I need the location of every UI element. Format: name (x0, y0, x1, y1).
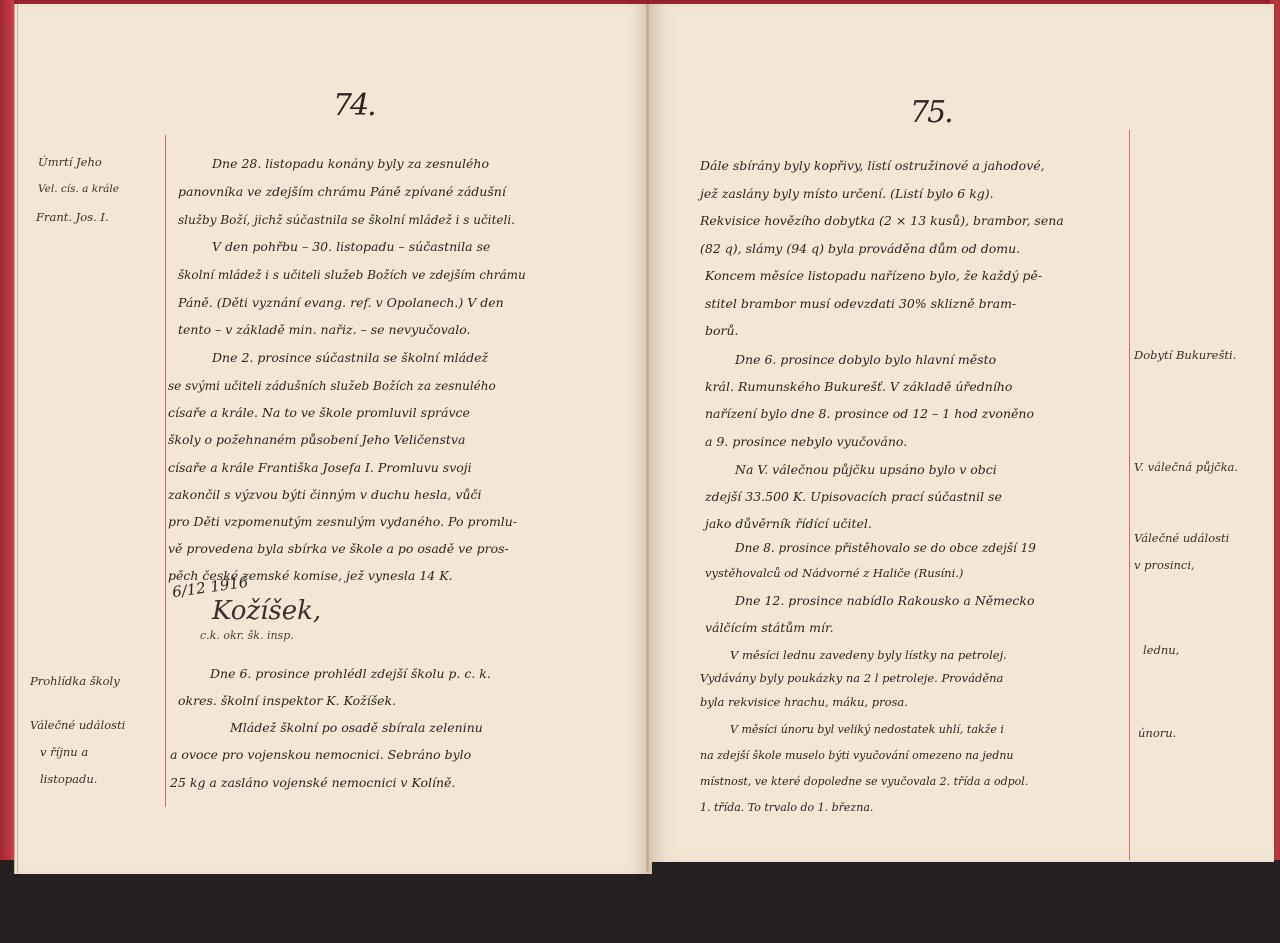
text-line: na zdejší škole muselo býti vyučování om… (700, 750, 1014, 761)
text-line: pro Děti vzpomenutým zesnulým vydaného. … (168, 516, 517, 529)
text-line: Dne 12. prosince nabídlo Rakousko a Něme… (735, 595, 1035, 608)
text-line: císaře a krále. Na to ve škole promluvil… (168, 407, 470, 420)
text-line: místnost, ve které dopoledne se vyučoval… (700, 776, 1028, 787)
text-line: vě provedena byla sbírka ve škole a po o… (168, 543, 509, 556)
text-line: Dne 6. prosince prohlédl zdejší školu p.… (210, 668, 491, 681)
signature-title: c.k. okr. šk. insp. (200, 630, 294, 641)
margin-note: Prohlídka školy (30, 676, 120, 688)
text-line: nařízení bylo dne 8. prosince od 12 – 1 … (705, 408, 1034, 421)
text-line: Na V. válečnou půjčku upsáno bylo v obci (735, 464, 997, 477)
text-line: Dne 6. prosince dobylo bylo hlavní město (735, 354, 996, 367)
left-page-margin-rule (165, 135, 166, 807)
margin-note: Frant. Jos. I. (36, 212, 109, 224)
text-line: 25 kg a zasláno vojenské nemocnici v Kol… (170, 777, 455, 790)
text-line: Dne 8. prosince přistěhovalo se do obce … (735, 542, 1036, 554)
text-line: jež zaslány byly místo určení. (Listí by… (700, 188, 994, 201)
margin-note: Úmrtí Jeho (38, 157, 102, 169)
margin-note: Válečné události (1134, 533, 1229, 545)
text-line: král. Rumunského Bukurešť. V základě úře… (705, 381, 1012, 394)
text-line: vystěhovalců od Nádvorné z Haliče (Rusín… (705, 568, 963, 580)
text-line: služby Boží, jichž súčastnila se školní … (178, 214, 515, 226)
text-line: borů. (705, 325, 739, 338)
text-line: jako důvěrník řídící učitel. (705, 518, 872, 531)
text-line: V den pohřbu – 30. listopadu – súčastnil… (212, 241, 490, 254)
text-line: panovníka ve zdejším chrámu Páně zpívané… (178, 186, 506, 199)
text-line: a 9. prosince nebylo vyučováno. (705, 436, 907, 449)
text-line: 1. třída. To trvalo do 1. března. (700, 802, 873, 813)
signature: Kožíšek, (212, 598, 321, 624)
text-line: válčícím státům mír. (705, 622, 834, 635)
text-line: Páně. (Děti vyznání evang. ref. v Opolan… (178, 297, 504, 310)
right-page-margin-rule (1129, 130, 1130, 860)
text-line: okres. školní inspektor K. Kožíšek. (178, 695, 396, 708)
margin-note: listopadu. (40, 774, 97, 786)
right-page-number: 75. (910, 95, 952, 130)
text-line: stitel brambor musí odevzdati 30% sklizn… (705, 298, 1016, 311)
text-line: a ovoce pro vojenskou nemocnici. Sebráno… (170, 749, 471, 762)
left-page-number: 74. (333, 88, 375, 123)
margin-note: Válečné události (30, 720, 125, 732)
text-line: tento – v základě min. nařiz. – se nevyu… (178, 324, 471, 337)
text-line: byla rekvisice hrachu, máku, prosa. (700, 697, 908, 709)
text-line: se svými učiteli zádušních služeb Božích… (168, 380, 496, 392)
text-line: zdejší 33.500 K. Upisovacích prací súčas… (705, 491, 1002, 504)
margin-note: lednu, (1143, 645, 1179, 657)
text-line: školy o požehnaném působení Jeho Veličen… (168, 434, 465, 447)
text-line: V měsíci únoru byl veliký nedostatek uhl… (730, 724, 1004, 735)
text-line: Dne 28. listopadu konány byly za zesnulé… (212, 158, 489, 171)
margin-note: únoru. (1138, 728, 1176, 740)
text-line: Vydávány byly poukázky na 2 l petroleje.… (700, 673, 1003, 685)
margin-note: Dobytí Bukurešti. (1134, 350, 1236, 362)
text-line: císaře a krále Františka Josefa I. Proml… (168, 462, 472, 475)
text-line: (82 q), slámy (94 q) byla prováděna dům … (700, 243, 1020, 256)
text-line: Mládež školní po osadě sbírala zeleninu (230, 722, 483, 735)
text-line: Koncem měsíce listopadu nařízeno bylo, ž… (705, 270, 1042, 283)
text-line: Dne 2. prosince súčastnila se školní mlá… (212, 352, 488, 365)
text-line: Rekvisice hovězího dobytka (2 × 13 kusů)… (700, 215, 1064, 228)
text-line: Dále sbírány byly kopřivy, listí ostruži… (700, 160, 1045, 173)
text-line: školní mládež i s učiteli služeb Božích … (178, 269, 526, 281)
margin-note: v prosinci, (1134, 560, 1195, 572)
text-line: zakončil s výzvou býti činným v duchu he… (168, 489, 481, 502)
book-cover-left-edge (0, 0, 14, 870)
margin-note: V. válečná půjčka. (1134, 462, 1238, 474)
text-line: V měsíci lednu zavedeny byly lístky na p… (730, 650, 1007, 662)
book-gutter (646, 4, 650, 872)
margin-note: v říjnu a (40, 747, 88, 759)
margin-note: Vel. cís. a krále (38, 184, 119, 195)
